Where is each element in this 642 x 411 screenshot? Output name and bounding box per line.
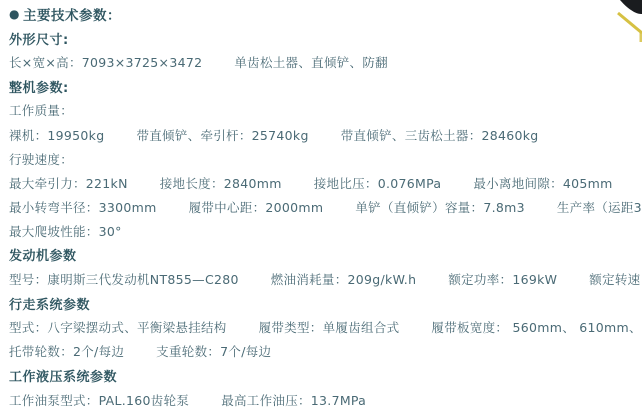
main-title-row: ●主要技术参数： — [9, 2, 642, 26]
bullet-icon: ● — [9, 7, 20, 21]
section-heading-engine-params: 发动机参数 — [9, 243, 642, 267]
spec-item: 最小转弯半径：3300mm — [9, 198, 157, 216]
spec-row-engine: 型号：康明斯三代发动机NT855—C280 燃油消耗量：209g/kW.h 额定… — [9, 267, 642, 291]
spec-item: 单铲（直倾铲）容量：7.8m3 — [355, 198, 525, 216]
spec-sheet: ●主要技术参数： 外形尺寸: 长×宽×高：7093×3725×3472 单齿松土… — [9, 2, 642, 411]
spec-item: 生产率（运距30m）：505m3 /h — [557, 198, 642, 216]
section-heading-dimensions: 外形尺寸: — [9, 26, 642, 50]
spec-sheet-page: ●主要技术参数： 外形尺寸: 长×宽×高：7093×3725×3472 单齿松土… — [0, 0, 642, 411]
section-heading-machine-params: 整机参数: — [9, 74, 642, 98]
spec-item: 支重轮数：7个/每边 — [156, 342, 271, 360]
subheading-working-mass: 工作质量： — [9, 98, 642, 122]
spec-item: 长×宽×高：7093×3725×3472 — [9, 53, 202, 71]
spec-item: 履带类型：单履齿组合式 — [259, 318, 400, 336]
spec-item: 燃油消耗量：209g/kW.h — [271, 270, 417, 288]
spec-item: 最大爬坡性能：30° — [9, 222, 122, 240]
spec-item: 行驶速度： — [9, 150, 73, 168]
spec-item: 裸机：19950kg — [9, 126, 104, 144]
section-heading-label: 行走系统参数 — [9, 294, 90, 313]
spec-item: 最高工作油压：13.7MPa — [221, 391, 366, 409]
spec-item: 带直倾铲、牵引杆：25740kg — [136, 126, 308, 144]
spec-item: 额定转速：2000r/min — [589, 270, 642, 288]
section-heading-label: 外形尺寸: — [9, 29, 69, 48]
spec-item: 托带轮数：2个/每边 — [9, 342, 124, 360]
spec-row-mass: 裸机：19950kg 带直倾铲、牵引杆：25740kg 带直倾铲、三齿松土器：2… — [9, 122, 642, 146]
spec-row-rollers: 托带轮数：2个/每边 支重轮数：7个/每边 — [9, 339, 642, 363]
spec-item: 接地比压：0.076MPa — [314, 174, 442, 192]
spec-row-traction: 最大牵引力：221kN 接地长度：2840mm 接地比压：0.076MPa 最小… — [9, 171, 642, 195]
spec-item: 型号：康明斯三代发动机NT855—C280 — [9, 270, 239, 288]
spec-item: 接地长度：2840mm — [160, 174, 282, 192]
spec-item: 最小离地间隙：405mm — [473, 174, 612, 192]
spec-item: 工作油泵型式：PAL.160齿轮泵 — [9, 391, 189, 409]
section-heading-label: 工作液压系统参数 — [9, 366, 117, 385]
spec-item: 型式：八字梁摆动式、平衡梁悬挂结构 — [9, 318, 227, 336]
spec-row-undercarriage-type: 型式：八字梁摆动式、平衡梁悬挂结构 履带类型：单履齿组合式 履带板宽度： 560… — [9, 315, 642, 339]
spec-item: 履带板宽度： 560mm、 610mm、660mm — [431, 318, 642, 336]
spec-item: 履带中心距：2000mm — [189, 198, 324, 216]
spec-row-hydraulic: 工作油泵型式：PAL.160齿轮泵 最高工作油压：13.7MPa — [9, 388, 642, 411]
spec-row-gradeability: 最大爬坡性能：30° — [9, 219, 642, 243]
spec-item: 单齿松土器、直倾铲、防翻 — [234, 53, 388, 71]
spec-item: 额定功率：169kW — [448, 270, 557, 288]
spec-row-dimensions: 长×宽×高：7093×3725×3472 单齿松土器、直倾铲、防翻 — [9, 50, 642, 74]
section-heading-label: 发动机参数 — [9, 245, 77, 264]
section-heading-hydraulic-params: 工作液压系统参数 — [9, 363, 642, 387]
section-heading-label: 整机参数: — [9, 77, 69, 96]
section-heading-undercarriage-params: 行走系统参数 — [9, 291, 642, 315]
spec-item: 工作质量： — [9, 101, 73, 119]
spec-row-turning: 最小转弯半径：3300mm 履带中心距：2000mm 单铲（直倾铲）容量：7.8… — [9, 195, 642, 219]
subheading-travel-speed: 行驶速度： — [9, 147, 642, 171]
page-title: 主要技术参数： — [23, 4, 121, 24]
spec-item: 带直倾铲、三齿松土器：28460kg — [341, 126, 539, 144]
spec-item: 最大牵引力：221kN — [9, 174, 128, 192]
